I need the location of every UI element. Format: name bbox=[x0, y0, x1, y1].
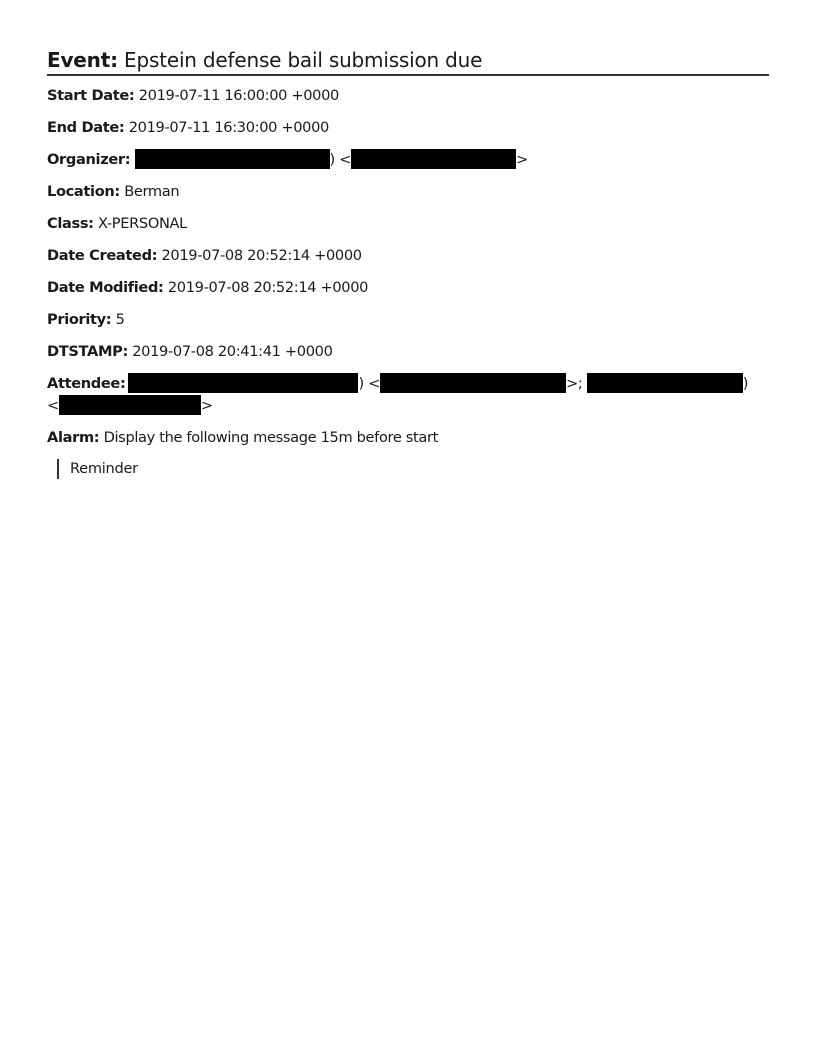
dtstamp-value: 2019-07-08 20:41:41 +0000 bbox=[132, 343, 332, 360]
attendee-1-open-angle: < bbox=[368, 375, 380, 392]
priority-value: 5 bbox=[116, 311, 125, 328]
alarm-label: Alarm: bbox=[47, 429, 99, 446]
event-label: Event: bbox=[47, 48, 118, 72]
attendee-2-close-paren: ) bbox=[743, 375, 748, 392]
event-heading: Event: Epstein defense bail submission d… bbox=[47, 46, 769, 76]
dtstamp-label: DTSTAMP: bbox=[47, 343, 128, 360]
class-value: X-PERSONAL bbox=[98, 215, 187, 232]
attendee-1-email-redaction bbox=[380, 373, 566, 393]
start-date-row: Start Date: 2019-07-11 16:00:00 +0000 bbox=[47, 85, 769, 107]
alarm-message: Reminder bbox=[70, 460, 138, 477]
attendee-line-1: Attendee:) <>; ) bbox=[47, 373, 769, 395]
attendee-2-email-redaction bbox=[59, 395, 201, 415]
attendee-2-close-angle: > bbox=[201, 397, 213, 414]
attendee-2-name-redaction bbox=[587, 373, 743, 393]
location-row: Location: Berman bbox=[47, 181, 769, 203]
event-title: Epstein defense bail submission due bbox=[124, 48, 482, 72]
date-modified-row: Date Modified: 2019-07-08 20:52:14 +0000 bbox=[47, 277, 769, 299]
class-label: Class: bbox=[47, 215, 94, 232]
attendee-2-open-angle: < bbox=[47, 397, 59, 414]
date-modified-label: Date Modified: bbox=[47, 279, 164, 296]
end-date-row: End Date: 2019-07-11 16:30:00 +0000 bbox=[47, 117, 769, 139]
attendee-line-2: <> bbox=[47, 395, 769, 417]
end-date-label: End Date: bbox=[47, 119, 124, 136]
end-date-value: 2019-07-11 16:30:00 +0000 bbox=[129, 119, 329, 136]
organizer-open-angle: < bbox=[339, 151, 351, 168]
organizer-email-redaction bbox=[351, 149, 516, 169]
priority-row: Priority: 5 bbox=[47, 309, 769, 331]
organizer-name-redaction bbox=[135, 149, 330, 169]
calendar-event-document: Event: Epstein defense bail submission d… bbox=[47, 46, 769, 479]
location-value: Berman bbox=[124, 183, 179, 200]
organizer-label: Organizer: bbox=[47, 151, 130, 168]
organizer-row: Organizer: ) <> bbox=[47, 149, 769, 171]
attendee-row: Attendee:) <>; ) <> bbox=[47, 373, 769, 417]
organizer-close-angle: > bbox=[516, 151, 528, 168]
date-created-label: Date Created: bbox=[47, 247, 157, 264]
alarm-row: Alarm: Display the following message 15m… bbox=[47, 427, 769, 449]
class-row: Class: X-PERSONAL bbox=[47, 213, 769, 235]
alarm-message-quote: Reminder bbox=[57, 459, 769, 479]
priority-label: Priority: bbox=[47, 311, 111, 328]
start-date-label: Start Date: bbox=[47, 87, 134, 104]
dtstamp-row: DTSTAMP: 2019-07-08 20:41:41 +0000 bbox=[47, 341, 769, 363]
attendee-separator: >; bbox=[566, 375, 582, 392]
alarm-value: Display the following message 15m before… bbox=[104, 429, 438, 446]
attendee-1-close-paren: ) bbox=[358, 375, 363, 392]
date-created-value: 2019-07-08 20:52:14 +0000 bbox=[161, 247, 361, 264]
date-created-row: Date Created: 2019-07-08 20:52:14 +0000 bbox=[47, 245, 769, 267]
organizer-close-paren: ) bbox=[330, 151, 335, 168]
date-modified-value: 2019-07-08 20:52:14 +0000 bbox=[168, 279, 368, 296]
location-label: Location: bbox=[47, 183, 120, 200]
start-date-value: 2019-07-11 16:00:00 +0000 bbox=[139, 87, 339, 104]
attendee-1-name-redaction bbox=[128, 373, 358, 393]
attendee-label: Attendee: bbox=[47, 375, 125, 392]
